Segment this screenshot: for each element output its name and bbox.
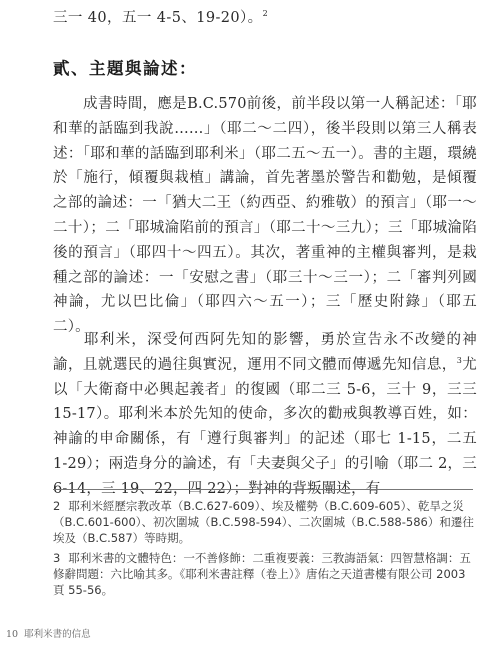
- paragraph-1-text: 成書時間，應是B.C.570前後，前半段以第一人稱記述：「耶和華的話臨到我說………: [53, 96, 477, 335]
- page-footer: 10耶利米書的信息: [6, 626, 91, 640]
- running-title: 耶利米書的信息: [24, 629, 91, 640]
- footnote-ref-2[interactable]: 2: [263, 9, 269, 18]
- section-heading: 貳、主題與論述：: [53, 55, 197, 79]
- page-number: 10: [6, 629, 18, 640]
- footnote-2: 2耶利米經歷宗教改革（B.C.627-609）、埃及權勢（B.C.609-605…: [53, 498, 477, 546]
- paragraph-2-text-b: 尤以「大衛裔中必興起義者」的復國（耶二三 5-6，三十 9，三三 15-17）。…: [53, 357, 477, 497]
- footnote-divider: [53, 489, 473, 490]
- footnote-text: 耶利米經歷宗教改革（B.C.627-609）、埃及權勢（B.C.609-605）…: [53, 499, 474, 545]
- footnote-number: 2: [53, 499, 60, 513]
- paragraph-2-text-a: 耶利米，深受何西阿先知的影響，勇於宣告永不改變的神諭，且就選民的過往與實況，運用…: [53, 332, 477, 373]
- document-page: 三一 40，五一 4-5、19-20）。2 貳、主題與論述： 成書時間，應是B.…: [0, 0, 500, 650]
- footnote-text: 耶利米書的文體特色：一不善修飾：二重複要義：三教誨語氣：四智慧格調：五修辭問題：…: [53, 551, 471, 597]
- footnotes: 2耶利米經歷宗教改革（B.C.627-609）、埃及權勢（B.C.609-605…: [53, 498, 477, 602]
- paragraph-1: 成書時間，應是B.C.570前後，前半段以第一人稱記述：「耶和華的話臨到我說………: [53, 92, 477, 340]
- footnote-number: 3: [53, 551, 60, 565]
- paragraph-2: 耶利米，深受何西阿先知的影響，勇於宣告永不改變的神諭，且就選民的過往與實況，運用…: [53, 328, 477, 502]
- continuation-body: 三一 40，五一 4-5、19-20）。: [53, 10, 263, 26]
- footnote-3: 3耶利米書的文體特色：一不善修飾：二重複要義：三教誨語氣：四智慧格調：五修辭問題…: [53, 550, 477, 598]
- continuation-text: 三一 40，五一 4-5、19-20）。2: [53, 6, 474, 31]
